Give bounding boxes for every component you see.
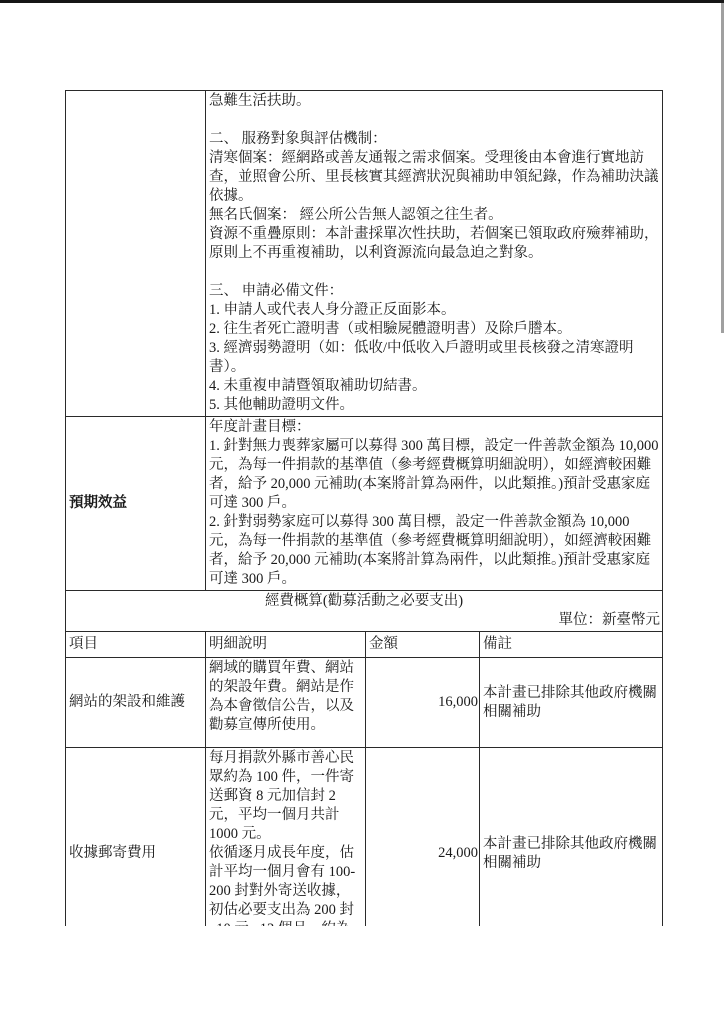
budget-amount: 24,000: [366, 748, 480, 927]
window-top-edge: [0, 0, 724, 3]
expected-benefits-text: 年度計畫目標： 1. 針對無力喪葬家屬可以募得 300 萬目標，設定一件善款金額…: [206, 417, 663, 591]
budget-note: 本計畫已排除其他政府機關相關補助: [480, 748, 663, 927]
column-header-item: 項目: [66, 632, 206, 658]
budget-row-website: 網站的架設和維護 網域的購買年費、網站的架設年費。網站是作為本會徵信公告，以及勸…: [66, 658, 663, 748]
service-targets-text: 急難生活扶助。 二、 服務對象與評估機制： 清寒個案：經網路或善友通報之需求個案…: [206, 91, 663, 417]
plan-table: 急難生活扶助。 二、 服務對象與評估機制： 清寒個案：經網路或善友通報之需求個案…: [65, 90, 663, 926]
expected-benefits-label: 預期效益: [66, 417, 206, 591]
budget-detail: 每月捐款外縣市善心民眾約為 100 件，一件寄送郵資 8 元加信封 2 元，平均…: [206, 748, 366, 927]
budget-title: 經費概算(勸募活動之必要支出): [66, 592, 662, 611]
budget-item: 網站的架設和維護: [66, 658, 206, 748]
budget-unit-note: 單位：新臺幣元: [66, 611, 662, 630]
column-header-note: 備註: [480, 632, 663, 658]
budget-note: 本計畫已排除其他政府機關相關補助: [480, 658, 663, 748]
table-row-service-targets: 急難生活扶助。 二、 服務對象與評估機制： 清寒個案：經網路或善友通報之需求個案…: [66, 91, 663, 417]
column-header-detail: 明細說明: [206, 632, 366, 658]
budget-section-header: 經費概算(勸募活動之必要支出) 單位：新臺幣元: [66, 591, 663, 632]
budget-header-row: 項目 明細說明 金額 備註: [66, 632, 663, 658]
budget-row-postage: 收據郵寄費用 每月捐款外縣市善心民眾約為 100 件，一件寄送郵資 8 元加信封…: [66, 748, 663, 927]
row-label-empty: [66, 91, 206, 417]
column-header-amount: 金額: [366, 632, 480, 658]
budget-detail: 網域的購買年費、網站的架設年費。網站是作為本會徵信公告，以及勸募宣傳所使用。: [206, 658, 366, 748]
budget-item: 收據郵寄費用: [66, 748, 206, 927]
table-row-expected-benefits: 預期效益 年度計畫目標： 1. 針對無力喪葬家屬可以募得 300 萬目標，設定一…: [66, 417, 663, 591]
table-row-budget-title: 經費概算(勸募活動之必要支出) 單位：新臺幣元: [66, 591, 663, 632]
budget-amount: 16,000: [366, 658, 480, 748]
document-page: 急難生活扶助。 二、 服務對象與評估機制： 清寒個案：經網路或善友通報之需求個案…: [65, 90, 664, 926]
